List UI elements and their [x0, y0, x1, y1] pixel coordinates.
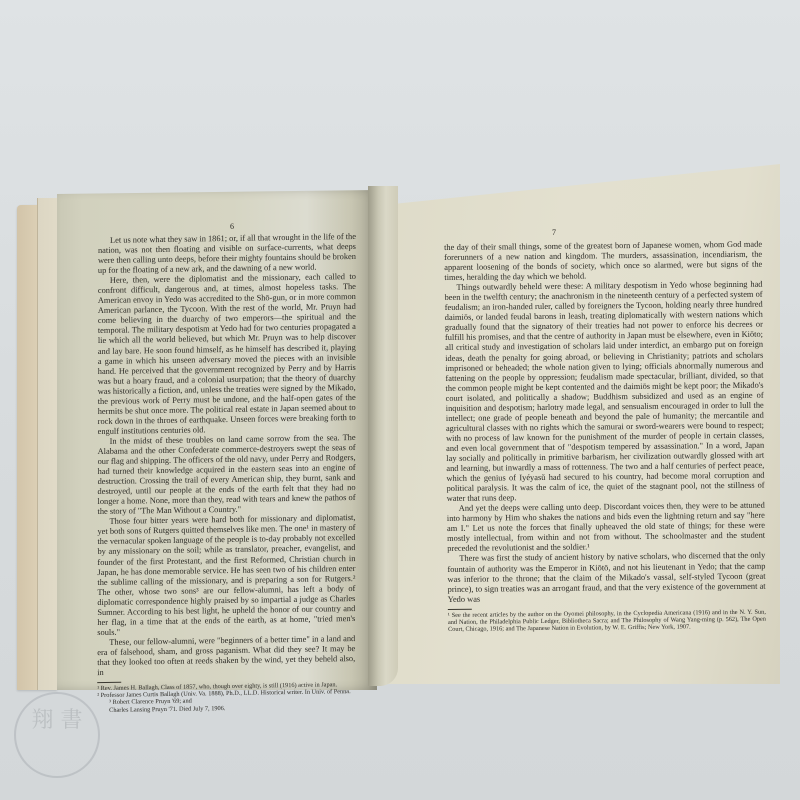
- paragraph: And yet the deeps were calling unto deep…: [447, 501, 766, 555]
- footnote: ¹ See the recent articles by the author …: [448, 608, 766, 633]
- paragraph: These, our fellow-alumni, were "beginner…: [97, 634, 355, 678]
- book-gutter: [368, 186, 398, 686]
- paragraph: Let us note what they saw in 1861; or, i…: [98, 232, 356, 276]
- left-page-number: 6: [230, 222, 234, 231]
- right-page-number: 7: [552, 228, 556, 237]
- paragraph: In the midst of these troubles on land c…: [98, 433, 356, 517]
- right-page-body: the day of their small things, some of t…: [444, 240, 766, 634]
- paragraph: There was first the study of ancient his…: [447, 551, 766, 605]
- open-booklet: 6 Let us note what they saw in 1861; or,…: [0, 0, 800, 800]
- paragraph: Things outwardly beheld were these: A mi…: [444, 280, 764, 504]
- footnote-rule: [97, 682, 121, 683]
- left-page-body: Let us note what they saw in 1861; or, i…: [97, 232, 356, 714]
- footnote-rule: [448, 608, 472, 609]
- paragraph: Those four bitter years were hard both f…: [97, 513, 355, 638]
- paragraph: the day of their small things, some of t…: [444, 240, 762, 284]
- paragraph: Here, then, were the diplomatist and the…: [98, 272, 356, 437]
- seal-stamp-icon: 翔 書: [14, 692, 100, 778]
